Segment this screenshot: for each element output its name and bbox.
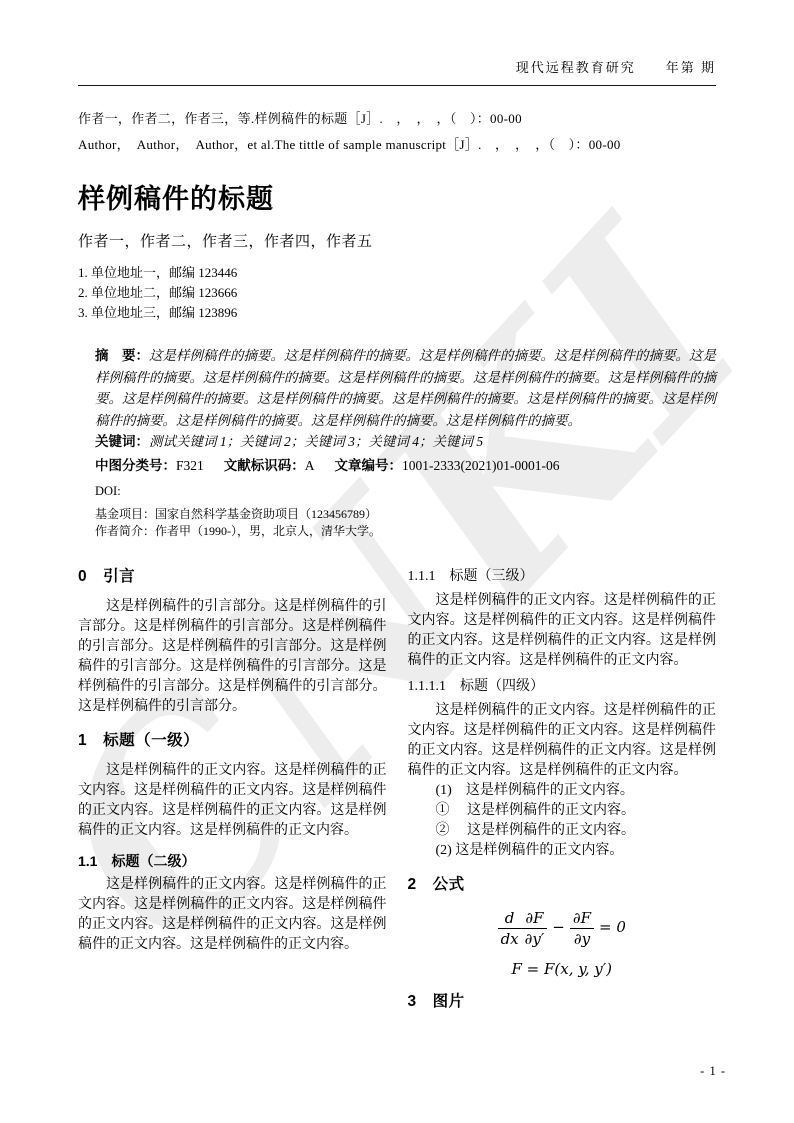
section-heading-figure: 3 图片 <box>408 992 717 1012</box>
fraction-dF-dyprime: ∂F∂y′ <box>522 909 548 948</box>
citation-en: Author， Author， Author，et al.The tittle … <box>78 132 716 158</box>
right-column: 1.1.1 标题（三级） 这是样例稿件的正文内容。这是样例稿件的正文内容。这是样… <box>408 562 717 1022</box>
classification-line: 中图分类号：F321文献标识码：A文章编号：1001-2333(2021)01-… <box>95 456 716 476</box>
affiliation-item: 3. 单位地址三，邮编 123896 <box>78 303 716 323</box>
keywords-label: 关键词： <box>95 434 149 449</box>
section-heading-intro: 0 引言 <box>78 567 387 587</box>
fund-label: 基金项目： <box>95 507 155 521</box>
journal-name: 现代远程教育研究 <box>516 60 636 75</box>
fund-line: 基金项目：国家自然科学基金资助项目（123456789） <box>95 506 716 523</box>
circled-list-item: ① 这是样例稿件的正文内容。 <box>408 801 717 821</box>
bio-label: 作者简介： <box>95 524 155 538</box>
equals-zero: = 0 <box>599 918 626 936</box>
function-definition-formula: F = F(x, y, y′) <box>408 960 717 978</box>
body-paragraph: 这是样例稿件的正文内容。这是样例稿件的正文内容。这是样例稿件的正文内容。这是样例… <box>408 701 717 781</box>
euler-lagrange-formula: ddx∂F∂y′−∂F∂y= 0 <box>408 909 717 948</box>
abstract-label: 摘 要： <box>95 348 149 363</box>
affiliation-item: 2. 单位地址二，邮编 123666 <box>78 283 716 303</box>
authors-line: 作者一，作者二，作者三，作者四，作者五 <box>78 231 716 253</box>
section-heading-level3: 1.1.1 标题（三级） <box>408 567 717 587</box>
affiliation-list: 1. 单位地址一，邮编 123446 2. 单位地址二，邮编 123666 3.… <box>78 263 716 323</box>
minus-operator: − <box>552 918 565 936</box>
author-bio-line: 作者简介：作者甲（1990-），男，北京人，清华大学。 <box>95 523 716 540</box>
fraction-dF-dy: ∂F∂y <box>570 909 594 948</box>
body-paragraph: 这是样例稿件的正文内容。这是样例稿件的正文内容。这是样例稿件的正文内容。这是样例… <box>78 875 387 955</box>
two-column-body: 0 引言 这是样例稿件的引言部分。这是样例稿件的引言部分。这是样例稿件的引言部分… <box>78 562 716 1022</box>
numbered-list-item: (1) 这是样例稿件的正文内容。 <box>408 781 717 801</box>
intro-paragraph: 这是样例稿件的引言部分。这是样例稿件的引言部分。这是样例稿件的引言部分。这是样例… <box>78 597 387 717</box>
body-paragraph: 这是样例稿件的正文内容。这是样例稿件的正文内容。这是样例稿件的正文内容。这是样例… <box>408 591 717 671</box>
keywords-text: 测试关键词 1；关键词 2；关键词 3；关键词 4；关键词 5 <box>149 434 483 449</box>
abstract: 摘 要：这是样例稿件的摘要。这是样例稿件的摘要。这是样例稿件的摘要。这是样例稿件… <box>95 345 716 431</box>
left-column: 0 引言 这是样例稿件的引言部分。这是样例稿件的引言部分。这是样例稿件的引言部分… <box>78 562 387 1022</box>
affiliation-item: 1. 单位地址一，邮编 123446 <box>78 263 716 283</box>
circled-list-item: ② 这是样例稿件的正文内容。 <box>408 821 717 841</box>
doi-line: DOI: <box>95 483 716 499</box>
issue-info: 年第 期 <box>666 60 716 75</box>
doc-code-label: 文献标识码： <box>224 458 305 473</box>
article-title: 样例稿件的标题 <box>78 182 716 216</box>
abstract-text: 这是样例稿件的摘要。这是样例稿件的摘要。这是样例稿件的摘要。这是样例稿件的摘要。… <box>95 348 716 428</box>
numbered-list-item: (2) 这是样例稿件的正文内容。 <box>408 841 717 861</box>
bio-text: 作者甲（1990-），男，北京人，清华大学。 <box>155 524 381 538</box>
citation-cn: 作者一，作者二，作者三，等.样例稿件的标题［J］. ， ， ，（ ）：00-00 <box>78 106 716 132</box>
section-heading-level1: 1 标题（一级） <box>78 731 387 751</box>
body-paragraph: 这是样例稿件的正文内容。这是样例稿件的正文内容。这是样例稿件的正文内容。这是样例… <box>78 761 387 841</box>
fund-text: 国家自然科学基金资助项目（123456789） <box>155 507 377 521</box>
section-heading-level4: 1.1.1.1 标题（四级） <box>408 677 717 697</box>
keywords: 关键词：测试关键词 1；关键词 2；关键词 3；关键词 4；关键词 5 <box>95 431 716 453</box>
article-no-value: 1001-2333(2021)01-0001-06 <box>402 458 559 473</box>
fraction-d-dx: ddx <box>498 909 522 948</box>
article-no-label: 文章编号： <box>335 458 403 473</box>
running-head: 现代远程教育研究年第 期 <box>78 60 716 86</box>
section-heading-formula: 2 公式 <box>408 875 717 895</box>
manuscript-page: 现代远程教育研究年第 期 作者一，作者二，作者三，等.样例稿件的标题［J］. ，… <box>0 0 794 1123</box>
clc-value: F321 <box>176 458 204 473</box>
section-heading-level2: 1.1 标题（二级） <box>78 851 387 871</box>
clc-label: 中图分类号： <box>95 458 176 473</box>
citation-block: 作者一，作者二，作者三，等.样例稿件的标题［J］. ， ， ，（ ）：00-00… <box>78 106 716 158</box>
doc-code-value: A <box>305 458 315 473</box>
